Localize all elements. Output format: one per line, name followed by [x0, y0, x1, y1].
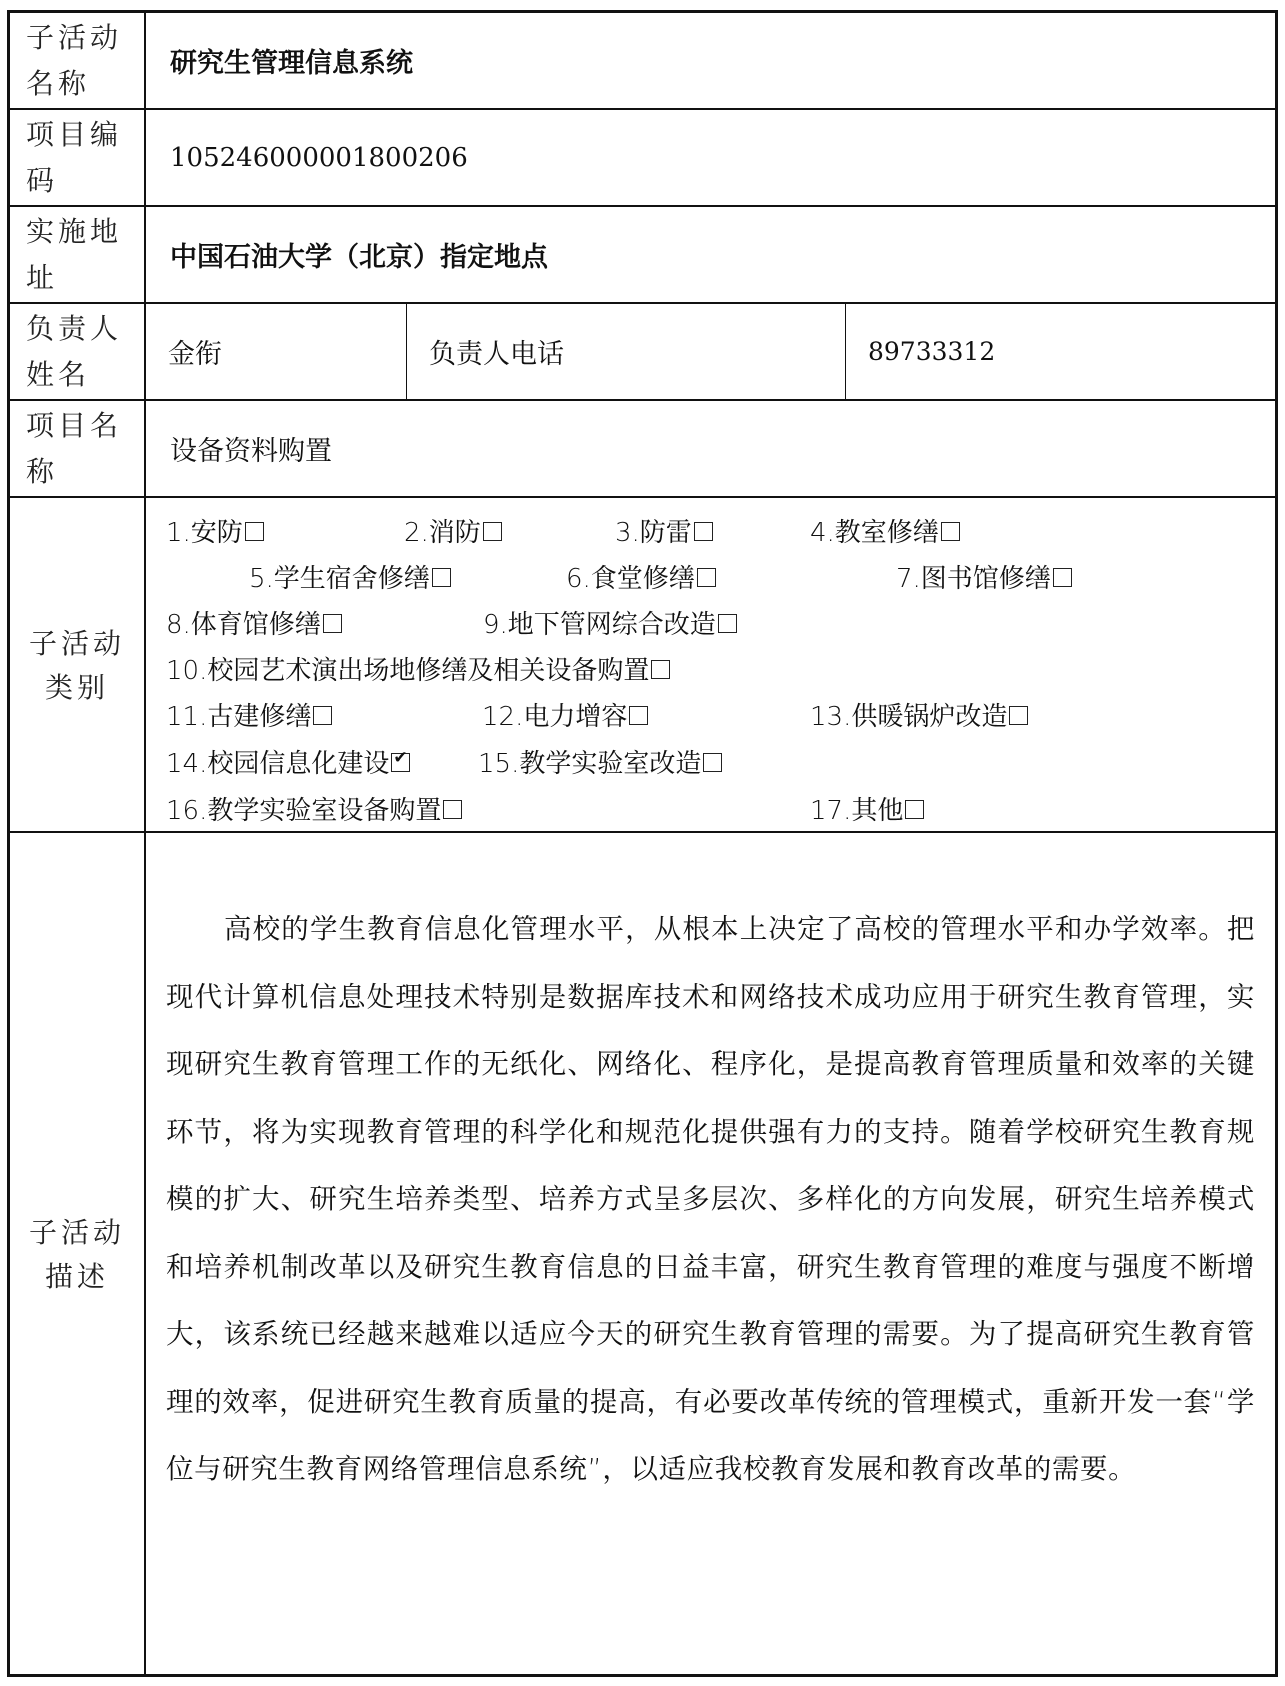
checkbox-icon[interactable] [697, 568, 716, 587]
category-option[interactable]: 9.地下管网综合改造 [483, 604, 737, 641]
category-option[interactable]: 6.食堂修缮 [566, 558, 716, 595]
checkbox-icon[interactable] [313, 706, 332, 725]
checkbox-icon[interactable] [694, 522, 713, 541]
label-line: 子活动 [26, 15, 144, 61]
label-line: 姓名 [26, 352, 144, 398]
category-option[interactable]: 8.体育馆修缮 [166, 604, 342, 641]
category-label: 子活动 类别 [10, 498, 146, 831]
label-line: 子活动 [29, 1211, 125, 1255]
row-project-code: 项目编 码 105246000001800206 [10, 110, 1275, 207]
checkbox-icon[interactable] [432, 568, 451, 587]
category-option[interactable]: 5.学生宿舍修缮 [249, 558, 451, 595]
label-line: 名称 [26, 61, 144, 107]
category-option[interactable]: 3.防雷 [615, 512, 713, 549]
checkbox-icon[interactable] [245, 522, 264, 541]
checkbox-icon[interactable] [905, 800, 924, 819]
label-line: 项目编 [26, 112, 144, 158]
person-name-value: 金衔 [146, 304, 407, 399]
category-option[interactable]: 17.其他 [810, 790, 924, 827]
row-project-name: 项目名 称 设备资料购置 [10, 401, 1275, 498]
phone-value: 89733312 [846, 304, 1275, 399]
activity-name-value: 研究生管理信息系统 [146, 13, 1275, 108]
description-text: 高校的学生教育信息化管理水平，从根本上决定了高校的管理水平和办学效率。把现代计算… [146, 833, 1275, 1674]
label-line: 码 [26, 158, 144, 204]
address-label: 实施地 址 [10, 207, 146, 302]
checkbox-icon[interactable] [629, 706, 648, 725]
category-option[interactable]: 12.电力增容 [482, 696, 648, 733]
checkbox-icon[interactable] [651, 660, 670, 679]
project-name-value: 设备资料购置 [146, 401, 1275, 496]
checkbox-icon[interactable] [1053, 568, 1072, 587]
category-option[interactable]: 1.安防 [166, 512, 264, 549]
phone-label: 负责人电话 [407, 304, 846, 399]
checked-checkbox-icon[interactable] [391, 753, 410, 772]
checkbox-icon[interactable] [483, 522, 502, 541]
category-options: 1.安防 2.消防 3.防雷 4.教室修缮 5.学生宿舍修缮 6.食堂修缮 7.… [146, 498, 1275, 831]
label-line: 称 [26, 449, 144, 495]
checkbox-icon[interactable] [718, 614, 737, 633]
label-line: 实施地 [26, 209, 144, 255]
category-option[interactable]: 13.供暖锅炉改造 [810, 696, 1028, 733]
checkbox-icon[interactable] [1009, 706, 1028, 725]
category-option[interactable]: 15.教学实验室改造 [478, 743, 722, 780]
person-name-label: 负责人 姓名 [10, 304, 146, 399]
category-option[interactable]: 4.教室修缮 [810, 512, 960, 549]
category-option[interactable]: 10.校园艺术演出场地修缮及相关设备购置 [166, 650, 670, 687]
project-code-label: 项目编 码 [10, 110, 146, 205]
label-line: 项目名 [26, 403, 144, 449]
label-line: 负责人 [26, 306, 144, 352]
project-name-label: 项目名 称 [10, 401, 146, 496]
category-option-selected[interactable]: 14.校园信息化建设 [166, 743, 410, 780]
address-value: 中国石油大学（北京）指定地点 [146, 207, 1275, 302]
category-option[interactable]: 7.图书馆修缮 [896, 558, 1072, 595]
checkbox-icon[interactable] [323, 614, 342, 633]
checkbox-icon[interactable] [941, 522, 960, 541]
row-person: 负责人 姓名 金衔 负责人电话 89733312 [10, 304, 1275, 401]
label-line: 类别 [29, 666, 125, 710]
row-activity-name: 子活动 名称 研究生管理信息系统 [10, 13, 1275, 110]
category-option[interactable]: 2.消防 [404, 512, 502, 549]
description-label: 子活动 描述 [10, 833, 146, 1674]
row-category: 子活动 类别 1.安防 2.消防 3.防雷 4.教室修缮 5.学生宿舍修缮 6.… [10, 498, 1275, 833]
project-form-table: 子活动 名称 研究生管理信息系统 项目编 码 10524600000180020… [7, 10, 1278, 1677]
label-line: 址 [26, 255, 144, 301]
label-line: 描述 [29, 1255, 125, 1299]
project-code-value: 105246000001800206 [146, 110, 1275, 205]
activity-name-label: 子活动 名称 [10, 13, 146, 108]
category-option[interactable]: 11.古建修缮 [166, 696, 332, 733]
checkbox-icon[interactable] [443, 800, 462, 819]
checkbox-icon[interactable] [703, 753, 722, 772]
category-option[interactable]: 16.教学实验室设备购置 [166, 790, 462, 827]
row-address: 实施地 址 中国石油大学（北京）指定地点 [10, 207, 1275, 304]
label-line: 子活动 [29, 622, 125, 666]
row-description: 子活动 描述 高校的学生教育信息化管理水平，从根本上决定了高校的管理水平和办学效… [10, 833, 1275, 1674]
